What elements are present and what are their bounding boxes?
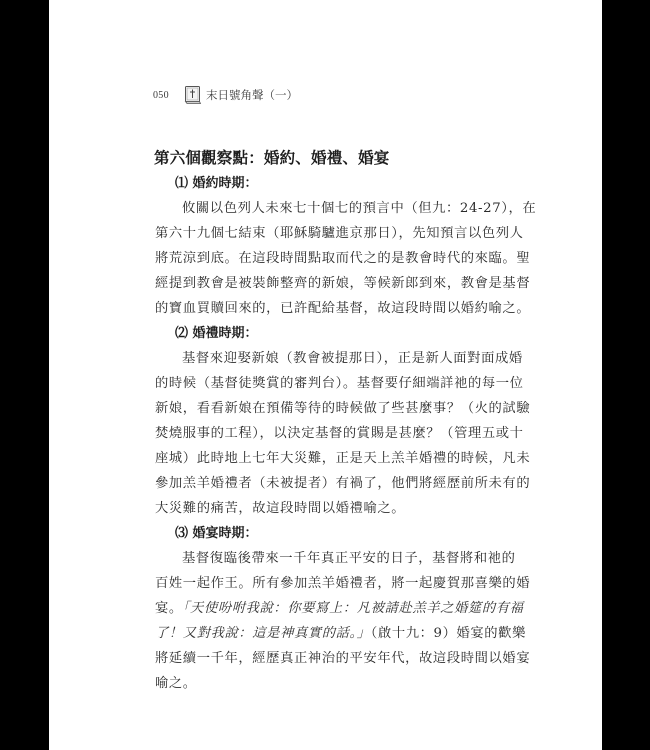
text-line: 將荒涼到底。在這段時間點取而代之的是教會時代的來臨。聖 xyxy=(155,246,495,271)
text-line: 百姓一起作王。所有參加羔羊婚禮者，將一起慶賀那喜樂的婚 xyxy=(155,571,495,596)
scripture-quote: 了！又對我說：這是神真實的話。」 xyxy=(155,626,371,641)
subsection-heading-feast: ⑶ 婚宴時期： xyxy=(155,521,495,546)
subsection-heading-wedding: ⑵ 婚禮時期： xyxy=(155,321,495,346)
book-page: 050 末日號角聲（一） 第六個觀察點：婚約、婚禮、婚宴 ⑴ 婚約時期： 攸關以… xyxy=(49,0,602,750)
text-line: 經提到教會是被裝飾整齊的新娘，等候新郎到來，教會是基督 xyxy=(155,271,495,296)
scripture-quote: 「天使吩咐我說：你要寫上：凡被請赴羔羊之婚筵的有福 xyxy=(183,601,524,616)
text-line: 參加羔羊婚禮者（未被提者）有禍了，他們將經歷前所未有的 xyxy=(155,471,495,496)
paragraph-wedding: 基督來迎娶新娘（教會被提那日），正是新人面對面成婚 的時候（基督徒獎賞的審判台）… xyxy=(155,346,495,521)
scripture-reference: （啟十九：9）婚宴的歡樂 xyxy=(371,626,526,641)
text-line: 喻之。 xyxy=(155,671,495,696)
page-content: 第六個觀察點：婚約、婚禮、婚宴 ⑴ 婚約時期： 攸關以色列人未來七十個七的預言中… xyxy=(155,145,495,696)
subsection-heading-engagement: ⑴ 婚約時期： xyxy=(155,171,495,196)
document-viewer: 050 末日號角聲（一） 第六個觀察點：婚約、婚禮、婚宴 ⑴ 婚約時期： 攸關以… xyxy=(0,0,650,750)
paragraph-feast: 基督復臨後帶來一千年真正平安的日子，基督將和祂的 百姓一起作王。所有參加羔羊婚禮… xyxy=(155,546,495,696)
text-line: 座城）此時地上七年大災難，正是天上羔羊婚禮的時候，凡未 xyxy=(155,446,495,471)
text-line: 新娘，看看新娘在預備等待的時候做了些甚麼事？（火的試驗 xyxy=(155,396,495,421)
page-number: 050 xyxy=(153,90,183,101)
text-line: 了！又對我說：這是神真實的話。」（啟十九：9）婚宴的歡樂 xyxy=(155,621,495,646)
paragraph-engagement: 攸關以色列人未來七十個七的預言中（但九：24-27），在 第六十九個七結束（耶穌… xyxy=(155,196,495,321)
running-header: 050 末日號角聲（一） xyxy=(153,84,298,106)
text-line: 將延續一千年，經歷真正神治的平安年代，故這段時間以婚宴 xyxy=(155,646,495,671)
text-line: 大災難的痛苦，故這段時間以婚禮喻之。 xyxy=(155,496,495,521)
text-line: 焚燒服事的工程），以決定基督的賞賜是甚麼？（管理五或十 xyxy=(155,421,495,446)
section-title: 第六個觀察點：婚約、婚禮、婚宴 xyxy=(154,145,495,171)
text-line: 攸關以色列人未來七十個七的預言中（但九：24-27），在 xyxy=(155,196,495,221)
text-line: 第六十九個七結束（耶穌騎驢進京那日），先知預言以色列人 xyxy=(155,221,495,246)
text-line: 基督復臨後帶來一千年真正平安的日子，基督將和祂的 xyxy=(155,546,495,571)
text-line: 宴。「天使吩咐我說：你要寫上：凡被請赴羔羊之婚筵的有福 xyxy=(155,596,495,621)
text-fragment: 宴。 xyxy=(155,601,183,616)
text-line: 的時候（基督徒獎賞的審判台）。基督要仔細端詳祂的每一位 xyxy=(155,371,495,396)
book-cross-icon xyxy=(183,85,203,105)
book-title: 末日號角聲（一） xyxy=(206,87,298,103)
text-line: 的寶血買贖回來的，已許配給基督，故這段時間以婚約喻之。 xyxy=(155,296,495,321)
text-line: 基督來迎娶新娘（教會被提那日），正是新人面對面成婚 xyxy=(155,346,495,371)
